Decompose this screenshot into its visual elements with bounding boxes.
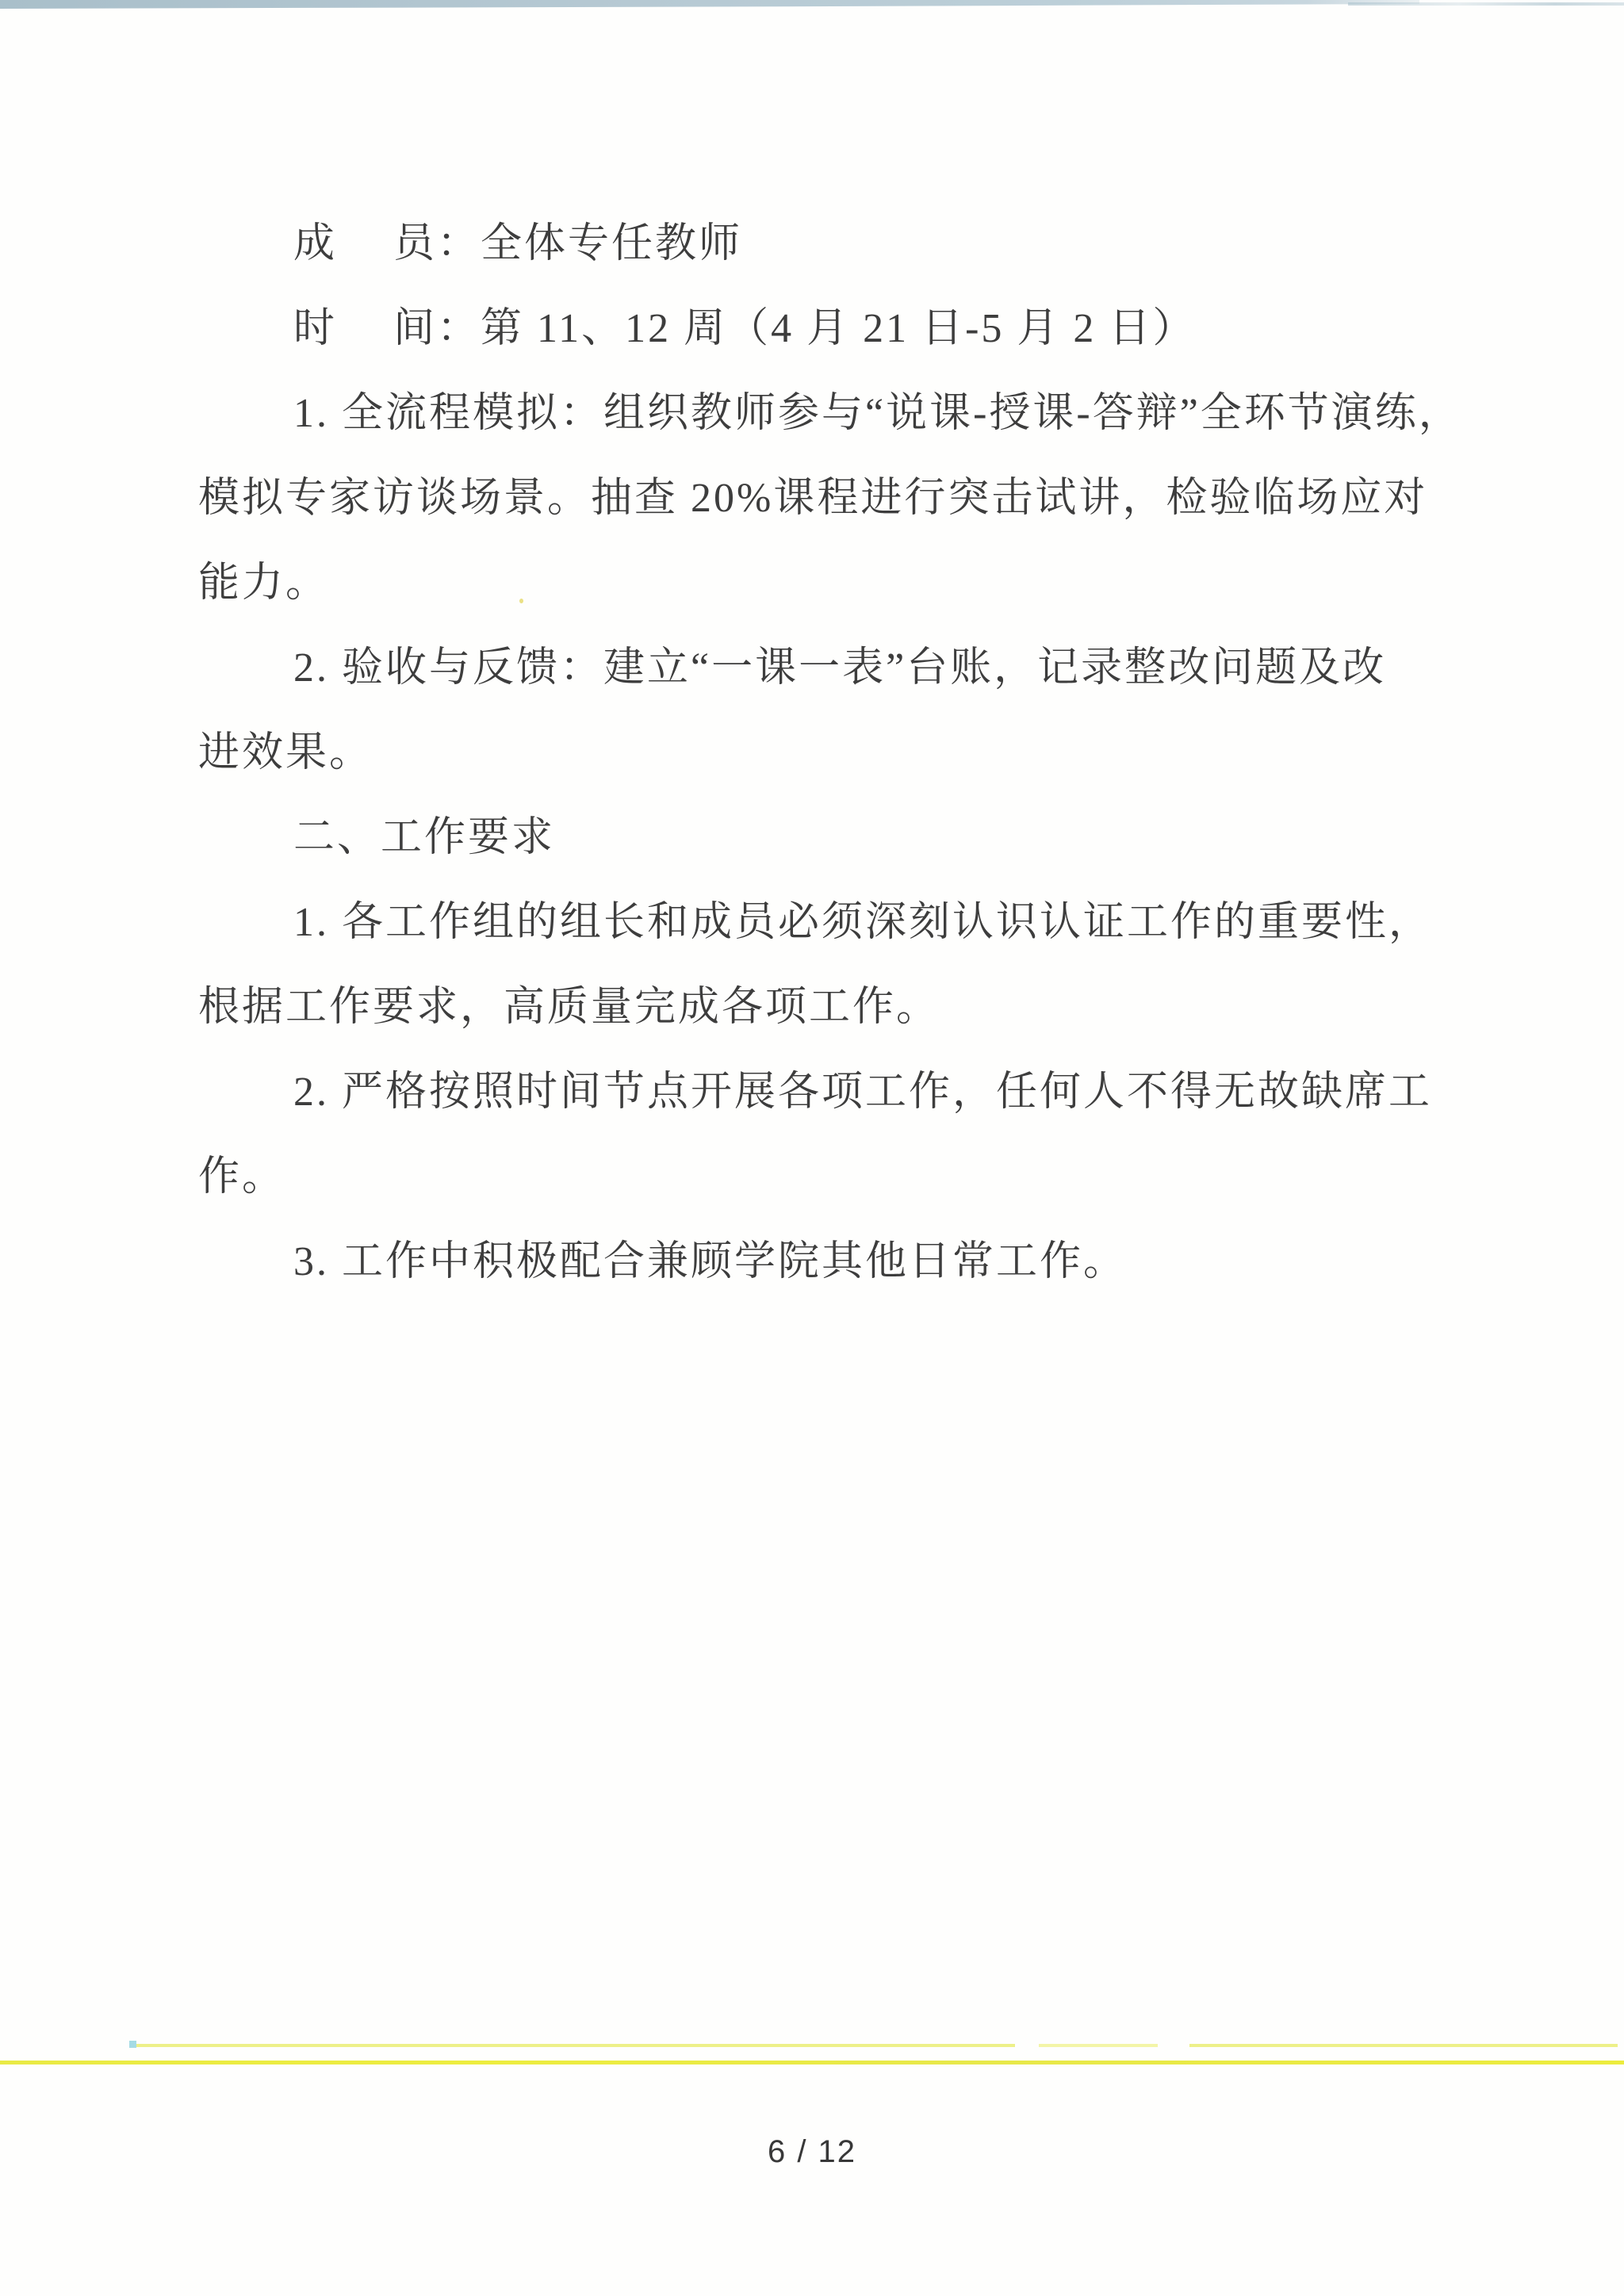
text-line: 模拟专家访谈场景。抽查 20%课程进行突击试讲，检验临场应对 bbox=[198, 456, 1546, 541]
scanned-document-page: 成 员：全体专任教师时 间：第 11、12 周（4 月 21 日-5 月 2 日… bbox=[0, 0, 1624, 2296]
text-line: 2. 验收与反馈：建立“一课一表”台账，记录整改问题及改 bbox=[198, 626, 1546, 710]
text-line: 成 员：全体专任教师 bbox=[198, 201, 1546, 286]
paper-speck bbox=[519, 599, 523, 603]
highlight-line-lower bbox=[0, 2061, 1624, 2064]
text-line: 二、工作要求 bbox=[198, 795, 1546, 880]
text-line: 根据工作要求，高质量完成各项工作。 bbox=[198, 965, 1546, 1050]
text-line: 3. 工作中积极配合兼顾学院其他日常工作。 bbox=[198, 1219, 1546, 1304]
text-line: 能力。 bbox=[198, 541, 1546, 626]
scan-edge-artifact-thin bbox=[1348, 2, 1624, 6]
text-line: 作。 bbox=[198, 1135, 1546, 1219]
highlight-segment bbox=[1189, 2044, 1618, 2047]
scan-edge-artifact bbox=[0, 0, 1419, 9]
text-line: 1. 全流程模拟：组织教师参与“说课-授课-答辩”全环节演练， bbox=[198, 371, 1546, 456]
text-line: 1. 各工作组的组长和成员必须深刻认识认证工作的重要性， bbox=[198, 880, 1546, 965]
highlight-segment bbox=[1039, 2044, 1158, 2047]
text-line: 2. 严格按照时间节点开展各项工作，任何人不得无故缺席工 bbox=[198, 1050, 1546, 1135]
text-line: 时 间：第 11、12 周（4 月 21 日-5 月 2 日） bbox=[198, 286, 1546, 371]
page-number: 6 / 12 bbox=[0, 2134, 1624, 2170]
cyan-tick bbox=[129, 2041, 136, 2048]
text-line: 进效果。 bbox=[198, 710, 1546, 795]
text-block: 成 员：全体专任教师时 间：第 11、12 周（4 月 21 日-5 月 2 日… bbox=[198, 201, 1546, 1304]
highlight-segment bbox=[131, 2044, 1015, 2047]
